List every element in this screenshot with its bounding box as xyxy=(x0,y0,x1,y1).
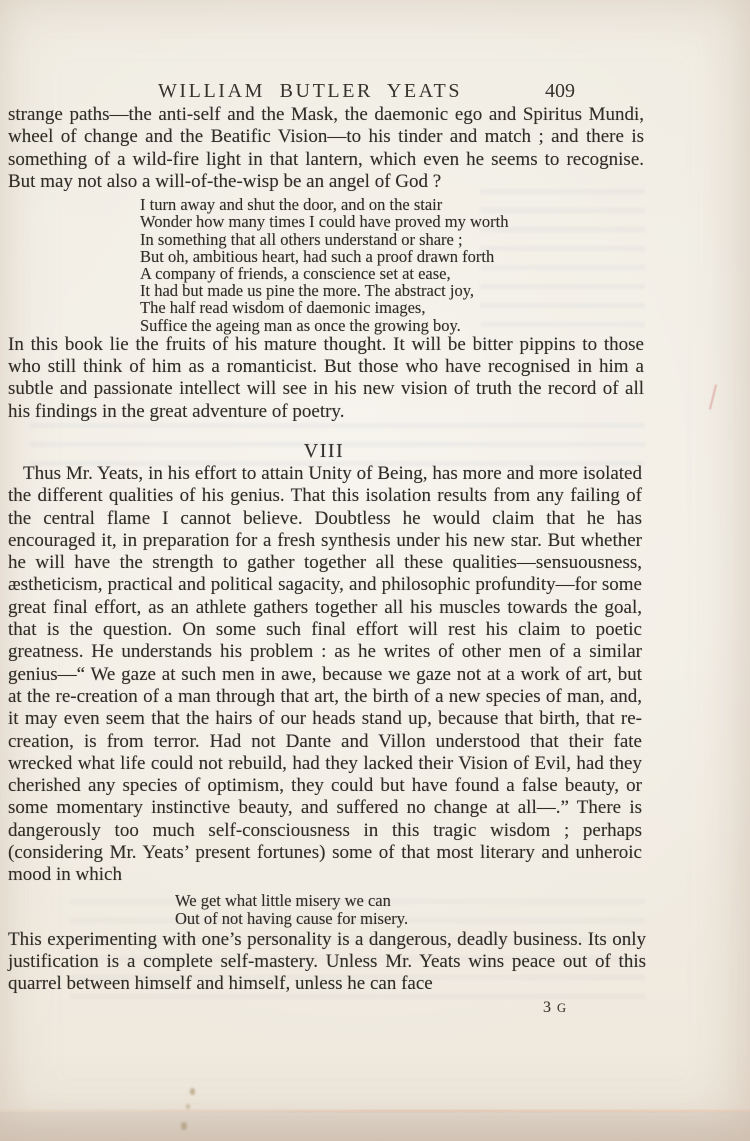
page-number: 409 xyxy=(545,79,575,103)
running-head: WILLIAM BUTLER YEATS 409 xyxy=(8,79,644,104)
paragraph-opening: strange paths—the anti-self and the Mask… xyxy=(8,104,644,193)
section-heading-viii: VIII xyxy=(8,439,640,463)
poem-line: Suffice the ageing man as once the growi… xyxy=(140,317,644,334)
verse-quotation-1: I turn away and shut the door, and on th… xyxy=(140,196,644,334)
paragraph-book-verdict: In this book lie the fruits of his matur… xyxy=(8,334,644,423)
poem-line: But oh, ambitious heart, had such a proo… xyxy=(140,248,644,265)
signature-letter: G xyxy=(557,1001,567,1015)
paragraph-unity-of-being: Thus Mr. Yeats, in his effort to attain … xyxy=(8,463,642,887)
verse-quotation-2: We get what little misery we can Out of … xyxy=(175,892,644,929)
signature-number: 3 xyxy=(543,999,551,1016)
book-page-scan: WILLIAM BUTLER YEATS 409 strange paths—t… xyxy=(0,0,750,1141)
poem-line: The half read wisdom of daemonic images, xyxy=(140,299,644,316)
poem-line: We get what little misery we can xyxy=(175,892,644,911)
text-block: WILLIAM BUTLER YEATS 409 strange paths—t… xyxy=(8,79,644,1017)
printers-signature: 3G xyxy=(543,999,644,1017)
poem-line: In something that all others understand … xyxy=(140,231,644,248)
poem-line: I turn away and shut the door, and on th… xyxy=(140,196,644,213)
paragraph-closing: This experimenting with one’s personalit… xyxy=(8,929,646,996)
scan-scratch-mark xyxy=(709,384,717,410)
foxing-spot xyxy=(181,1122,187,1130)
poem-line: Out of not having cause for misery. xyxy=(175,910,644,929)
running-head-title: WILLIAM BUTLER YEATS xyxy=(8,79,612,103)
foxing-spot xyxy=(186,1104,190,1109)
poem-line: Wonder how many times I could have prove… xyxy=(140,213,644,230)
poem-line: A company of friends, a conscience set a… xyxy=(140,265,644,282)
foxing-spot xyxy=(190,1088,195,1095)
page-edge-shadow xyxy=(0,1112,750,1141)
poem-line: It had but made us pine the more. The ab… xyxy=(140,282,644,299)
